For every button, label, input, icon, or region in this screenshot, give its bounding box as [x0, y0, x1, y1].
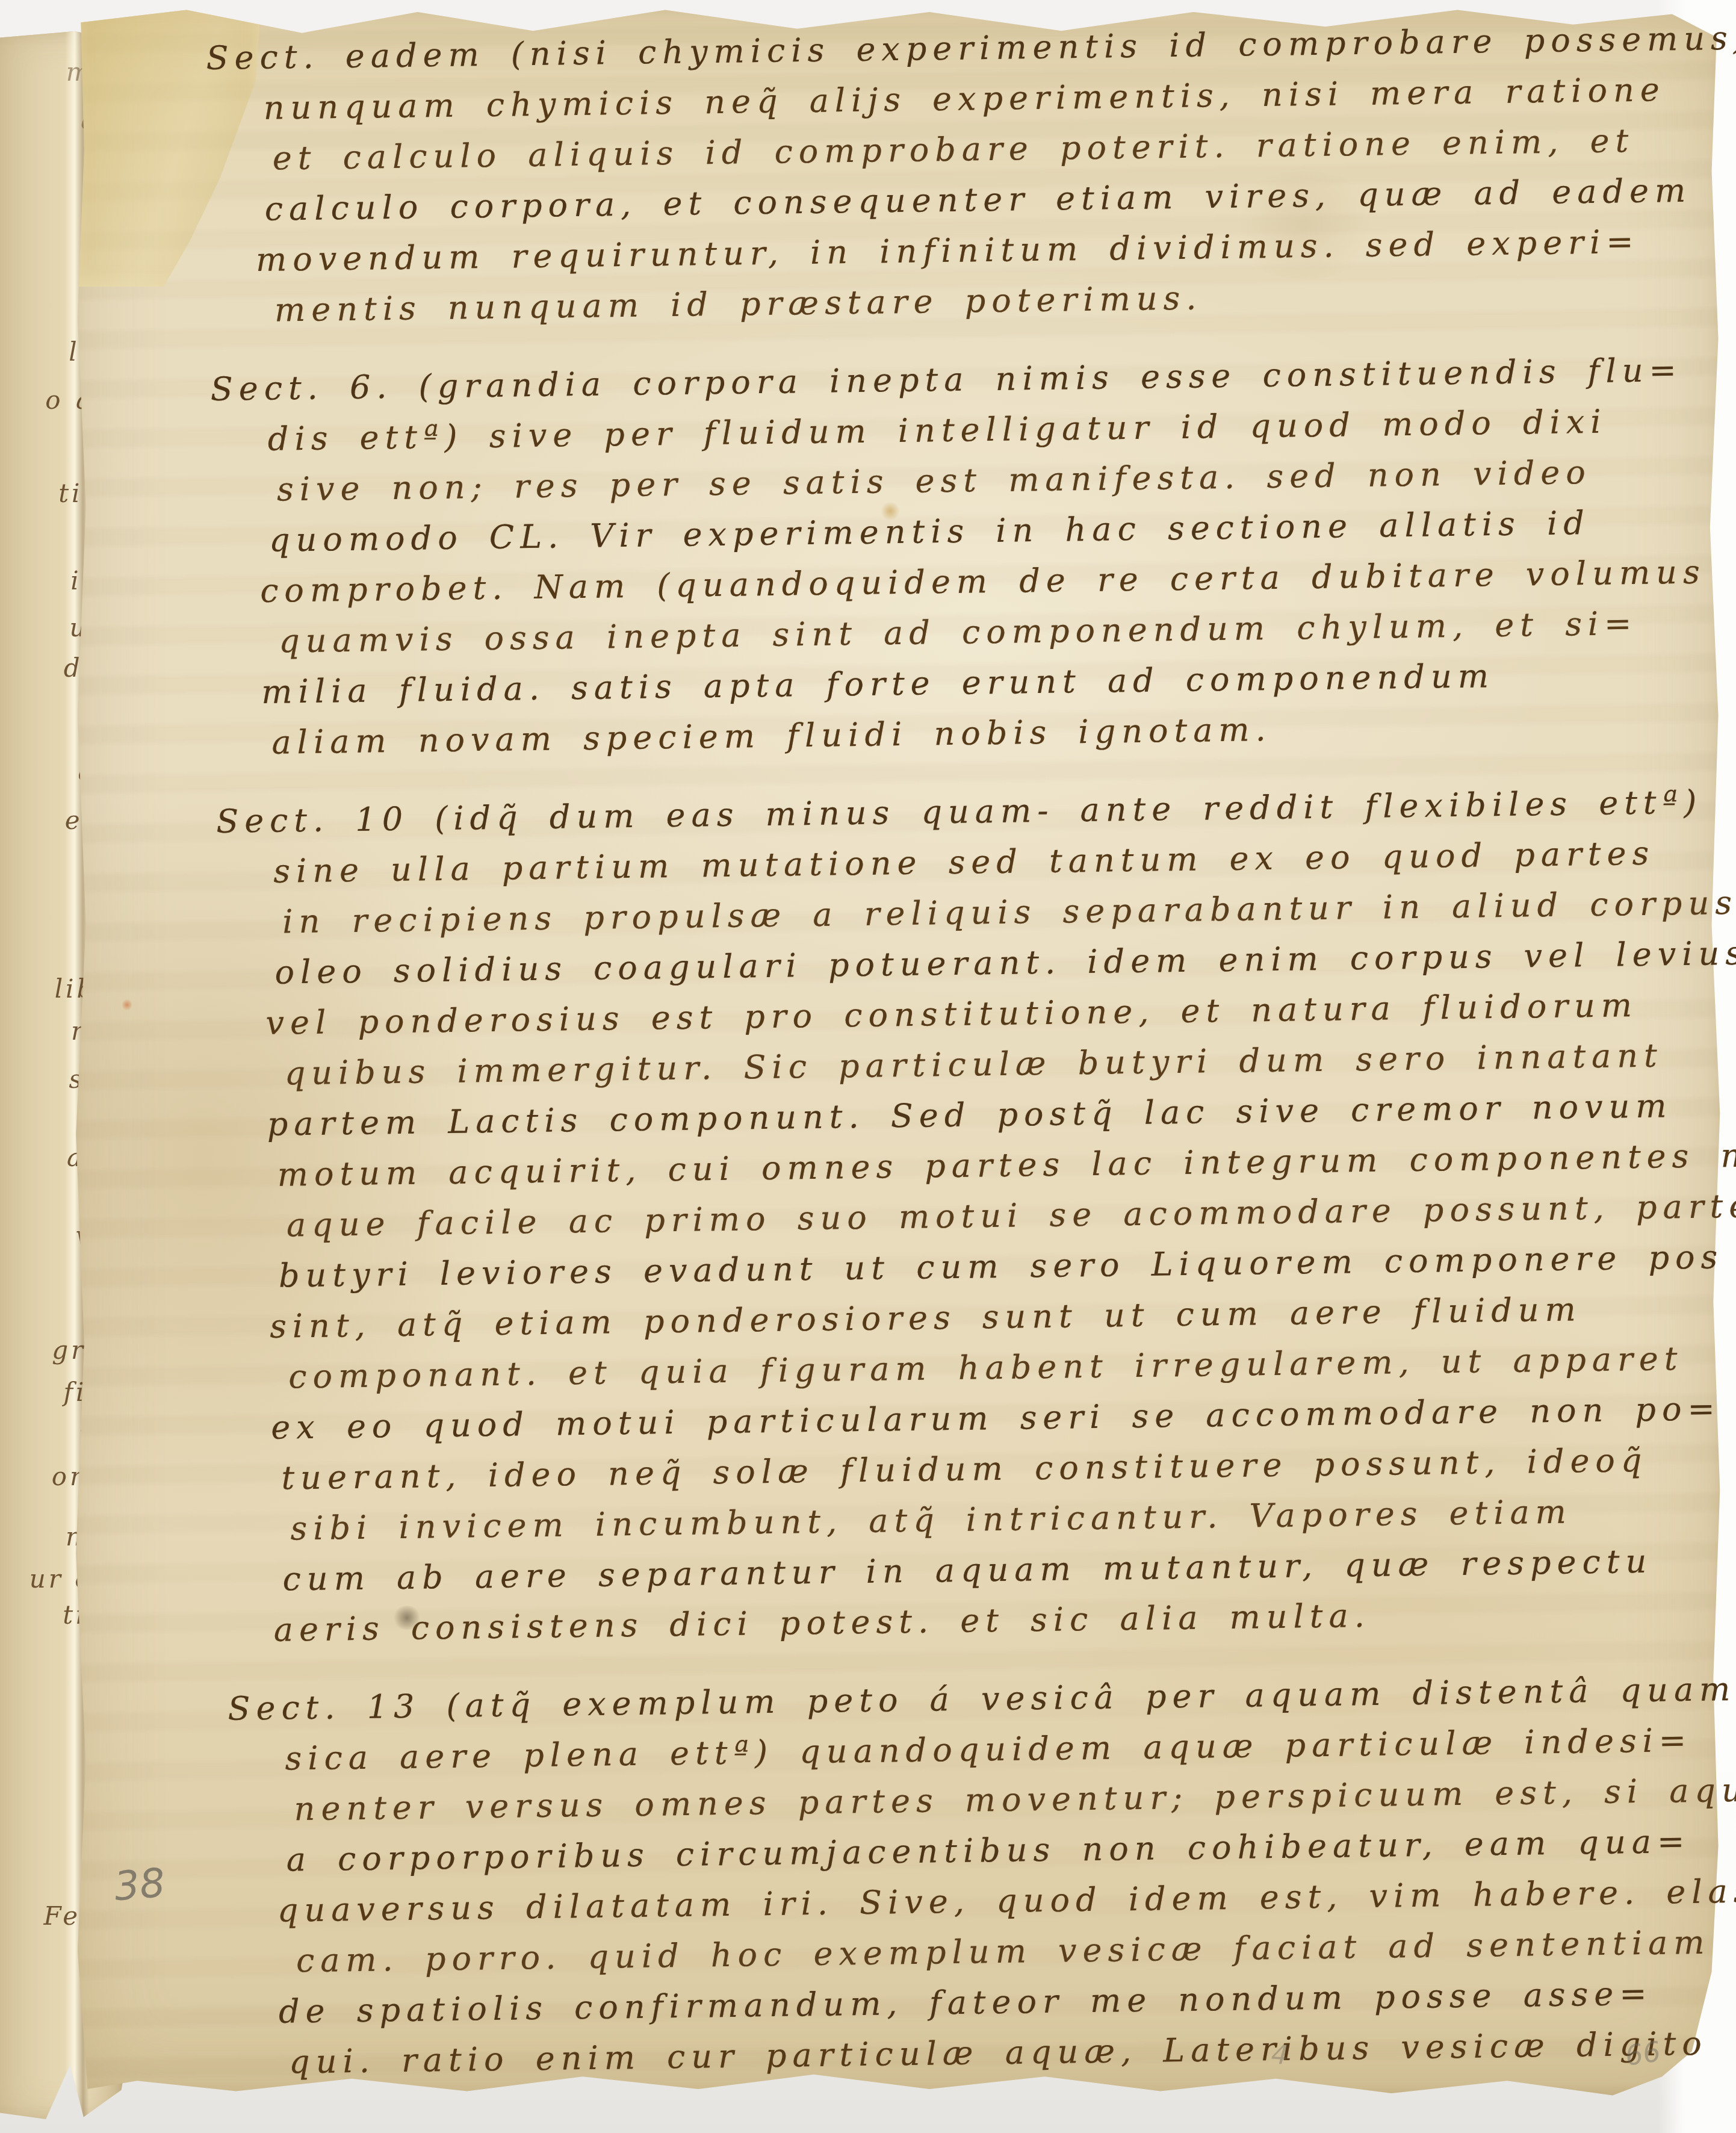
- paragraph: Sect. 10 (idq̃ dum eas minus quam- ante …: [263, 777, 1719, 1655]
- pencil-folio-number-left: 38: [113, 1859, 167, 1910]
- pencil-bottom-mark: 4: [1270, 2039, 1289, 2071]
- paragraph: Sect. 6. (grandia corpora inepta nimis e…: [257, 345, 1707, 768]
- pencil-folio-number-right: 66: [1623, 2035, 1663, 2072]
- manuscript-text: Sect. eadem (nisi chymicis experimentis …: [253, 14, 1724, 2088]
- paragraph: Sect. 13 (atq̃ exemplum peto á vesicâ pe…: [274, 1664, 1725, 2087]
- paragraph: Sect. eadem (nisi chymicis experimentis …: [253, 14, 1701, 336]
